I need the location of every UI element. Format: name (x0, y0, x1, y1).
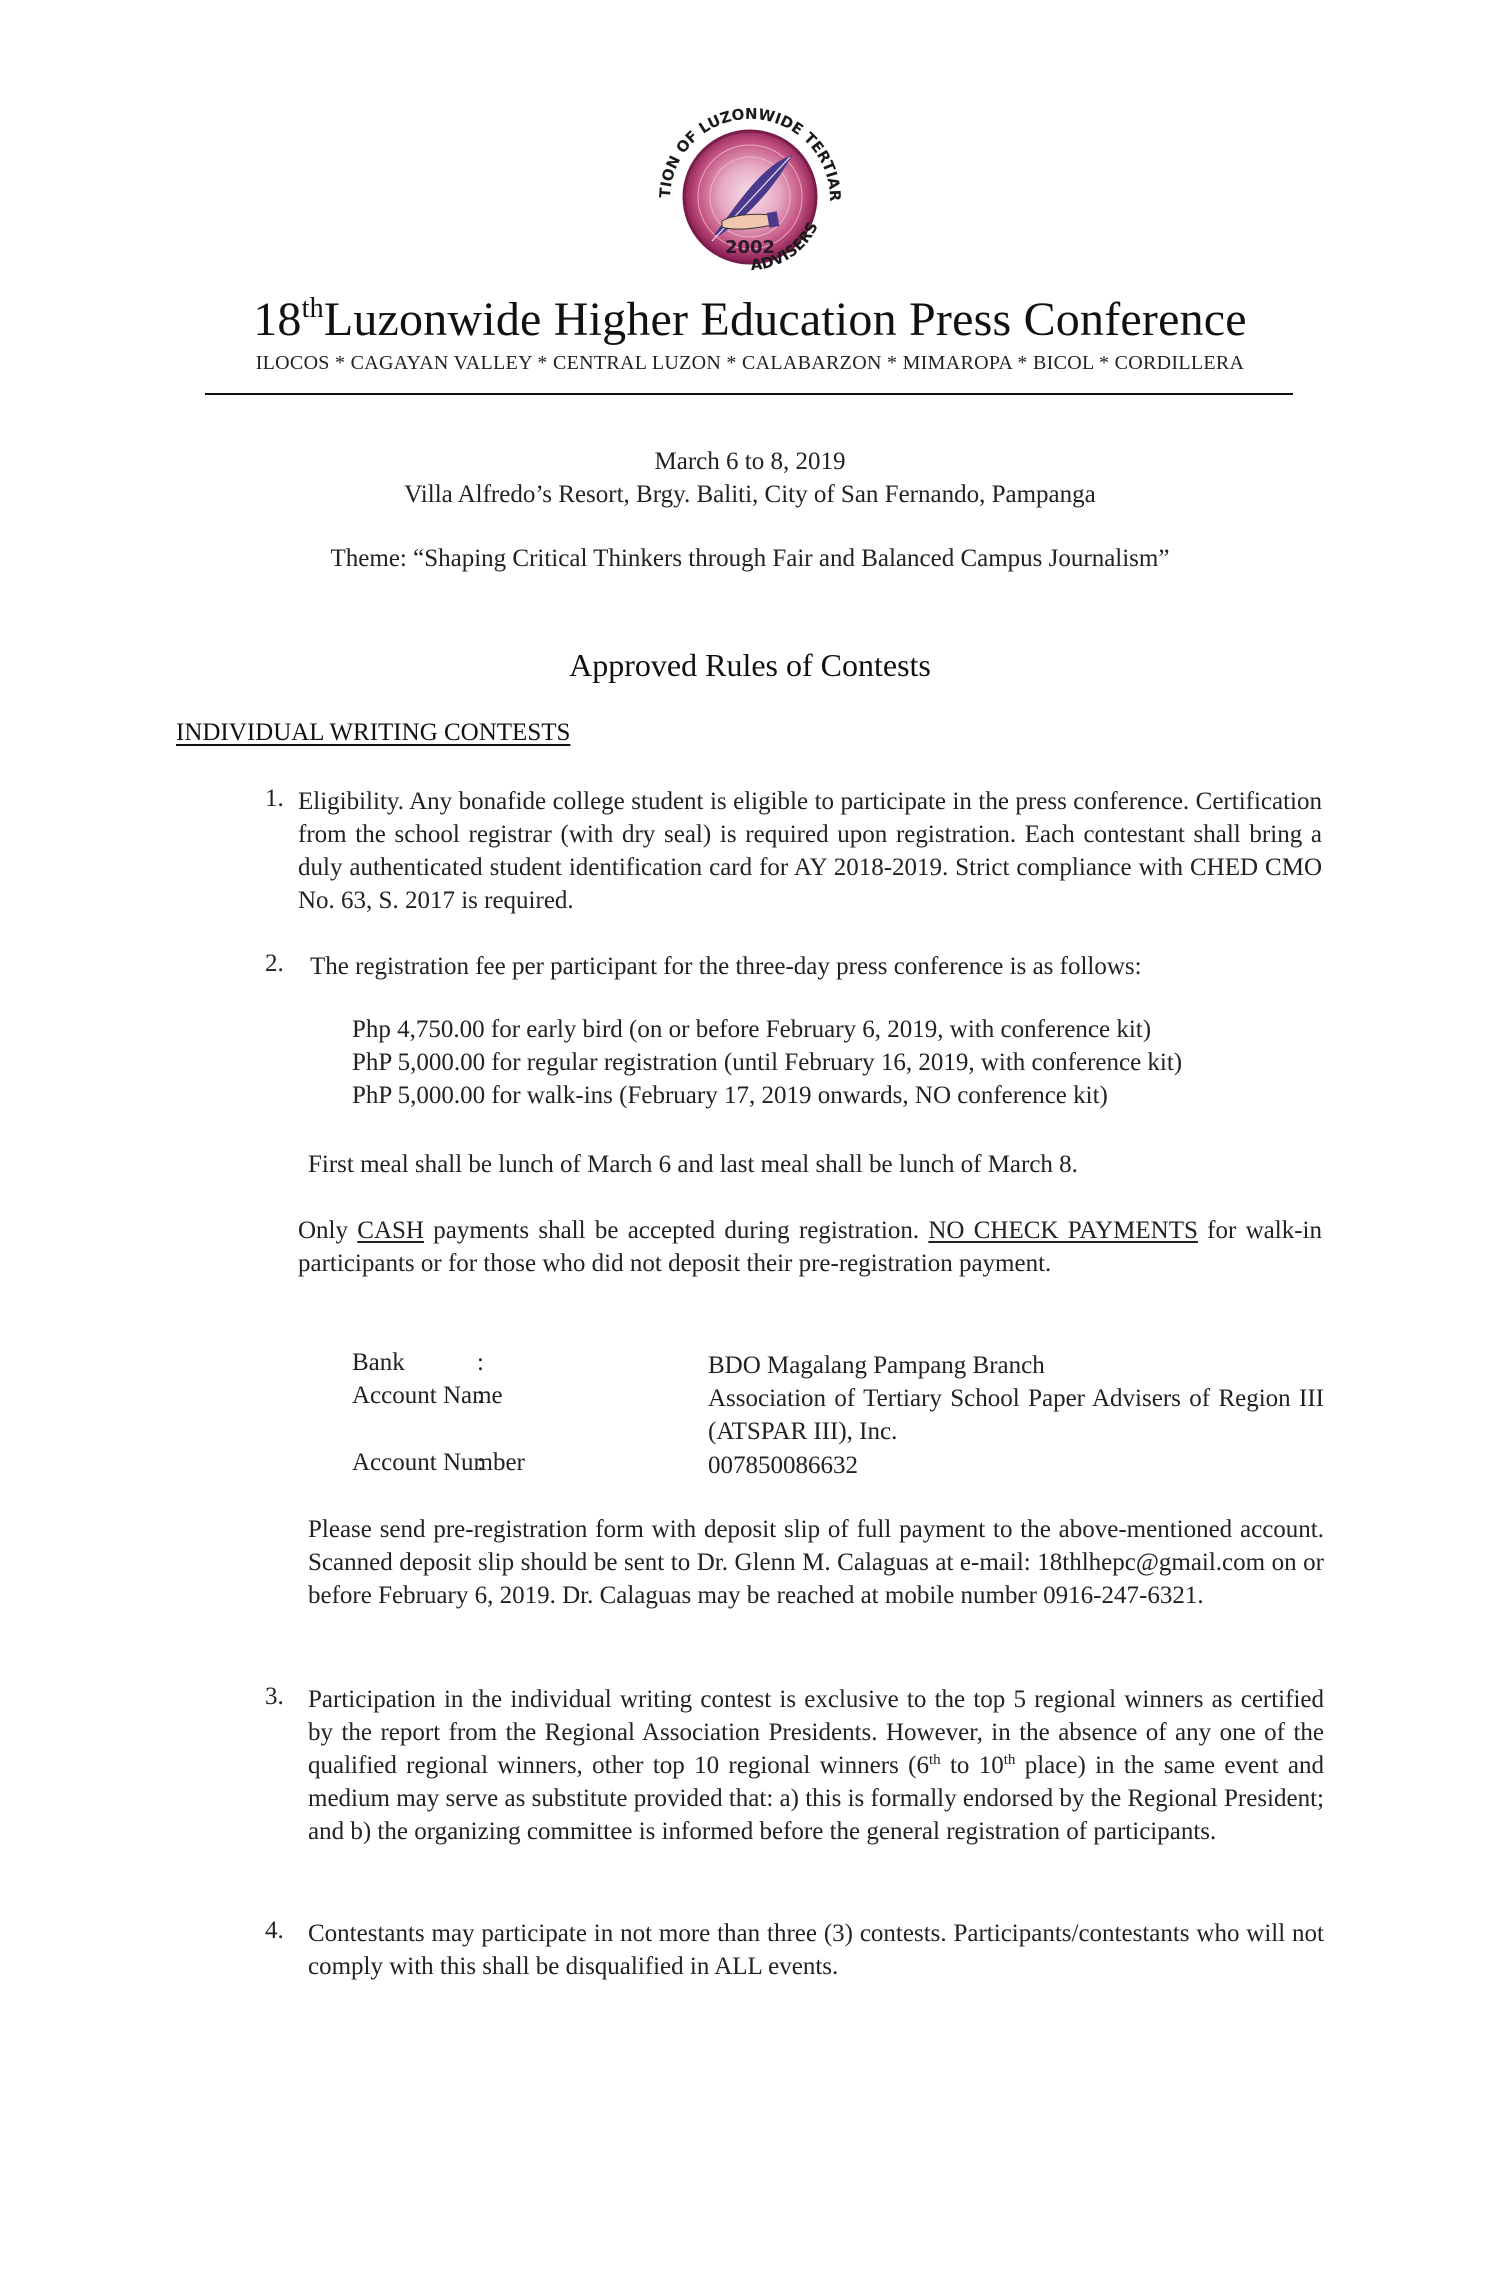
meal-note: First meal shall be lunch of March 6 and… (308, 1151, 1078, 1179)
fee-regular: PhP 5,000.00 for regular registration (u… (352, 1049, 1182, 1077)
title-text: Luzonwide Higher Education Press Confere… (324, 293, 1247, 346)
rule-participation: Participation in the individual writing … (308, 1683, 1324, 1848)
fee-early-bird: Php 4,750.00 for early bird (on or befor… (352, 1016, 1151, 1044)
bank-colon: : (477, 1349, 484, 1377)
event-theme: Theme: “Shaping Critical Thinkers throug… (0, 545, 1500, 573)
payment-note-text: payments shall be accepted during regist… (424, 1217, 928, 1244)
association-logo: ASSOCIATION OF LUZONWIDE TERTIARY PRESS … (642, 95, 858, 295)
account-name-colon: : (477, 1382, 484, 1410)
account-number-label: Account Number (352, 1449, 525, 1477)
svg-text:2002: 2002 (725, 237, 775, 258)
rule-text: to 10 (941, 1752, 1004, 1779)
ordinal-suffix: th (1004, 1752, 1016, 1768)
rule-number: 2. (265, 950, 284, 978)
ordinal-suffix: th (929, 1752, 941, 1768)
account-number-value: 007850086632 (708, 1449, 1324, 1482)
regions-line: ILOCOS * CAGAYAN VALLEY * CENTRAL LUZON … (0, 352, 1500, 375)
event-date: March 6 to 8, 2019 (0, 448, 1500, 476)
bank-label: Bank (352, 1349, 405, 1377)
quill-pen-hand-icon: ASSOCIATION OF LUZONWIDE TERTIARY PRESS … (642, 95, 858, 295)
fee-walk-in: PhP 5,000.00 for walk-ins (February 17, … (352, 1082, 1108, 1110)
rule-registration-fee: The registration fee per participant for… (310, 950, 1330, 983)
account-number-colon: : (477, 1449, 484, 1477)
event-venue: Villa Alfredo’s Resort, Brgy. Baliti, Ci… (0, 481, 1500, 509)
payment-note: Only CASH payments shall be accepted dur… (298, 1214, 1322, 1280)
cash-emphasis: CASH (357, 1217, 424, 1244)
rule-contest-limit: Contestants may participate in not more … (308, 1917, 1324, 1983)
bank-value: BDO Magalang Pampang Branch (708, 1349, 1324, 1382)
title-suffix: th (302, 293, 324, 324)
payment-note-text: Only (298, 1217, 357, 1244)
document-heading: Approved Rules of Contests (0, 647, 1500, 684)
title-number: 18 (253, 293, 301, 346)
no-check-emphasis: NO CHECK PAYMENTS (928, 1217, 1198, 1244)
deposit-note: Please send pre-registration form with d… (308, 1513, 1324, 1612)
section-heading: INDIVIDUAL WRITING CONTESTS (176, 719, 570, 747)
rule-eligibility: Eligibility. Any bonafide college studen… (298, 785, 1322, 917)
rule-number: 4. (265, 1917, 284, 1945)
conference-title: 18thLuzonwide Higher Education Press Con… (0, 292, 1500, 347)
rule-number: 3. (265, 1683, 284, 1711)
account-name-value: Association of Tertiary School Paper Adv… (708, 1382, 1324, 1448)
rule-number: 1. (265, 785, 284, 813)
header-divider (205, 393, 1293, 395)
